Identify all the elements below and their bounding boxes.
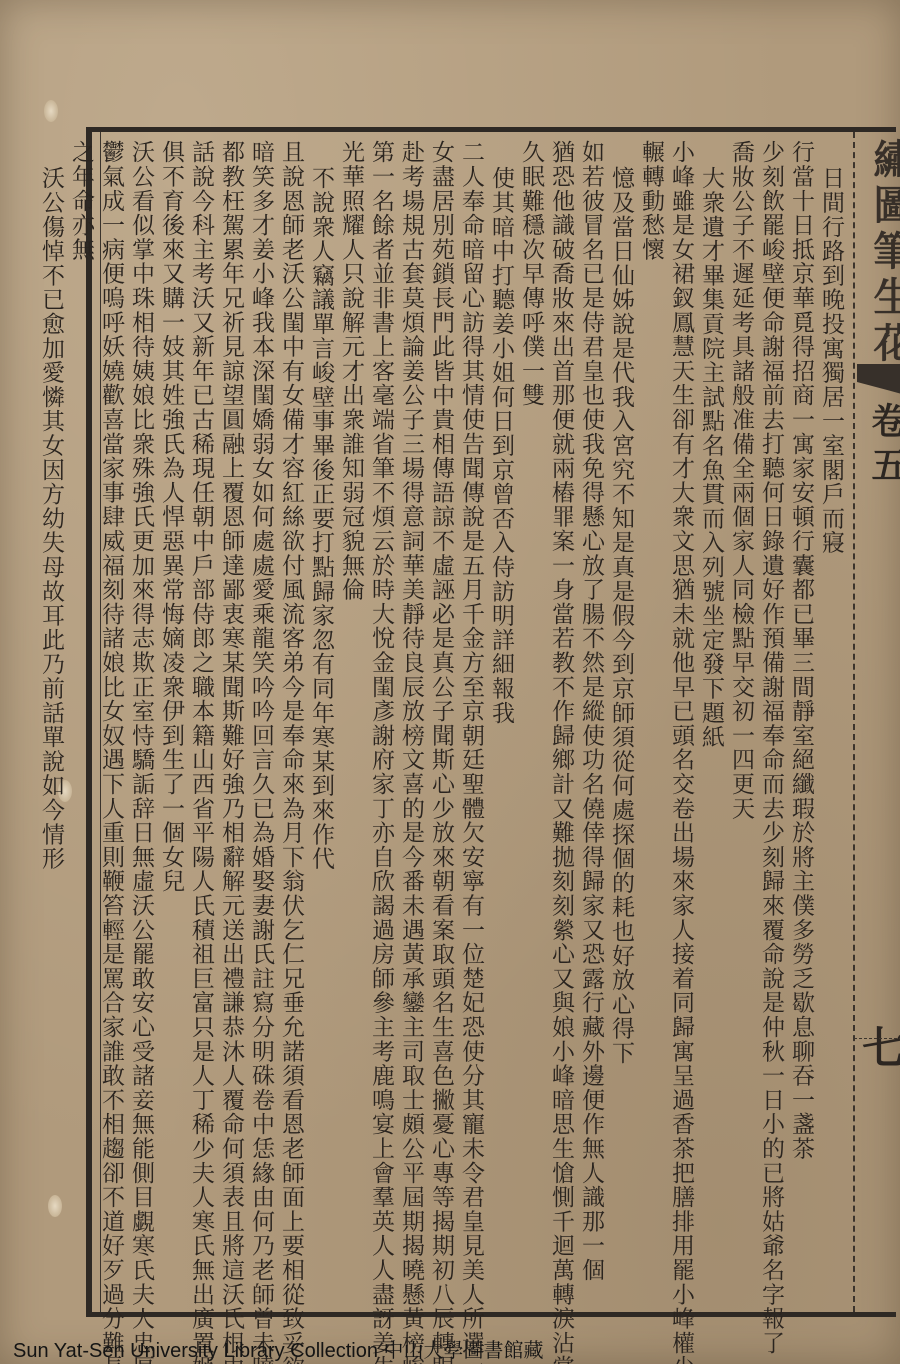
folio-mark: 七 [862, 1012, 900, 1076]
text-column: 小峰雖是女裙釵鳳慧天生卻有才大衆文思猶未就他早已頭名交卷出場來家人接着同歸寓呈過… [666, 140, 696, 1310]
text-column: 俱不育後來又購一妓其姓強氏為人悍惡異常悔嫡凌衆伊到生了一個女兒 [156, 140, 186, 1310]
text-column: 光華照耀人只說解元才出衆誰知弱冠貌無倫 [336, 140, 366, 1310]
center-fold-rule [853, 132, 855, 1312]
text-column: 少刻飲罷峻壁便命謝福前去打聽何日錄遺好作預備謝福奉命而去少刻歸來覆命說是仲秋一日… [756, 140, 786, 1310]
text-column: 鬱氣成一病便嗚呼妖嬈歡喜當家事肆威福刻待諸娘比女奴遇下人重則鞭笞輕是罵合家誰敢不… [96, 140, 126, 1310]
main-text-block: 日間行路到晚投寓獨居一室閣戶而寢 行當十日抵京華覓得招商一寓家安頓行囊都已畢三間… [106, 140, 846, 1310]
book-title-margin: 繡圖筆生花 [862, 138, 900, 368]
folio-rule [854, 1038, 900, 1039]
text-column: 之年命亦無 [66, 140, 96, 1310]
text-column: 且說恩師老沃公閨中有女備才容紅絲欲付風流客弟今是奉命來為月下翁伏乞仁兄垂允諾須看… [276, 140, 306, 1310]
text-column: 不說衆人竊議單言峻壁事畢後正要打點歸家忽有同年寒某到來作代 [306, 140, 336, 1310]
text-column: 第一名餘者並非書上客毫端省筆不煩云於時大悅金閨彥謝府家丁亦自欣謁過房師參主考鹿鳴… [366, 140, 396, 1310]
text-column: 使其暗中打聽姜小姐何日到京曾否入侍訪明詳細報我 [486, 140, 516, 1310]
text-column: 如若彼冒名已是侍君皇也使我免得懸心放了腸不然是縱使功名僥倖得歸家又恐露行藏外邊便… [576, 140, 606, 1310]
text-column: 赴考場規古套莫煩論姜公子三場得意詞華美靜待良辰放榜文喜的是今番未遇黃承鑾主司取士… [396, 140, 426, 1310]
binding-hole-top [44, 100, 58, 122]
text-column: 暗笑多才姜小峰我本深閨嬌弱女如何處處愛乘龍笑吟吟回言久已為婚娶妻謝氏註寫分明硃卷… [246, 140, 276, 1310]
text-column: 二人奉命暗留心訪得其情使告聞傳說是五月千金方至京朝廷聖體欠安寧有一位楚妃恐使分其… [456, 140, 486, 1310]
text-column: 沃公傷悼不已愈加愛憐其女因方幼失母故耳此乃前話單說如今情形 [36, 140, 66, 1310]
text-column: 輾轉動愁懷 [636, 140, 666, 1310]
text-column: 久眠難穩次早傳呼僕一雙 [516, 140, 546, 1310]
text-column: 大衆遺才畢集貢院主試點名魚貫而入列號坐定發下題紙 [696, 140, 726, 1310]
text-column: 猶恐他識破喬妝來出首那便就兩樁罪案一身當若教不作歸鄉計又難拋刻刻縈心又與娘小峰暗… [546, 140, 576, 1310]
volume-label: 卷五 [862, 402, 900, 490]
library-watermark: Sun Yat-Sen University Library Collectio… [13, 1334, 544, 1363]
printed-frame: 日間行路到晚投寓獨居一室閣戶而寢 行當十日抵京華覓得招商一寓家安頓行囊都已畢三間… [86, 127, 896, 1317]
fishtail-mark-icon [857, 364, 900, 394]
text-column: 都教枉駕累年兄祈見諒望圓融上覆恩師達鄙衷寒某聞斯難好強乃相辭解元送出禮謙恭沐人覆… [216, 140, 246, 1310]
text-column: 憶及當日仙姊說是代我入宮究不知是真是假今到京師須從何處探個的耗也好放心得下 [606, 140, 636, 1310]
text-column: 日間行路到晚投寓獨居一室閣戶而寢 [816, 140, 846, 1310]
text-column: 喬妝公子不遲延考具諸般准備全兩個家人同檢點早交初一四更天 [726, 140, 756, 1310]
text-column: 女盡居別苑鎖長門此皆中貴相傳語諒不虛誣必是真公子聞斯心少放來朝看案取頭名生喜色撇… [426, 140, 456, 1310]
text-column: 話說今科主考沃又新年已古稀現任朝中戶部侍郎之職本籍山西省平陽人氏積祖巨富只是人丁… [186, 140, 216, 1310]
text-column: 行當十日抵京華覓得招商一寓家安頓行囊都已畢三間靜室絕纖瑕於將主僕多勞乏歇息聊吞一… [786, 140, 816, 1310]
text-column: 沃公看似掌中珠相待姨娘比衆殊強氏更加來得志欺正室恃驕詬辞日無虛沃公罷敢安心受諸妾… [126, 140, 156, 1310]
